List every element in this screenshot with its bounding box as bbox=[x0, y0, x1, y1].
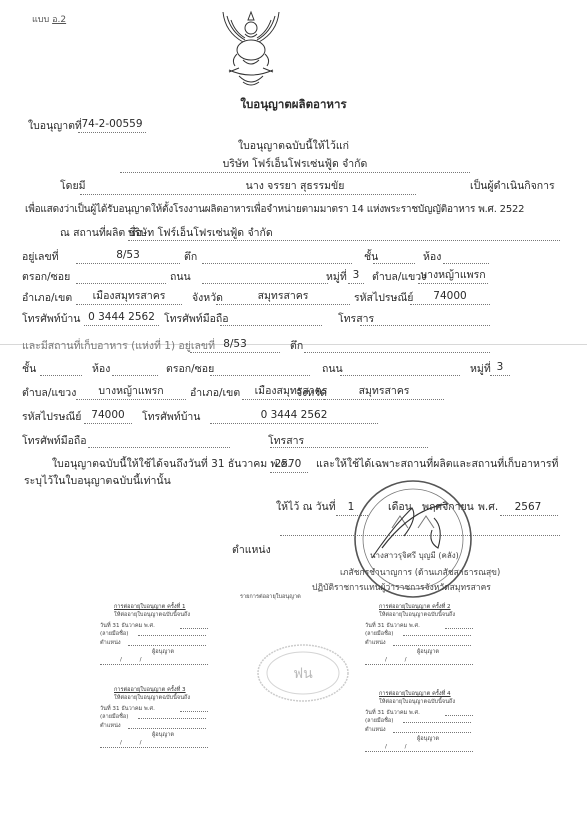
renewal-authority-label: ผู้อนุญาต bbox=[417, 735, 439, 743]
signer-name: นางสาวรุจิศรี บุญมี (คลัง) bbox=[370, 549, 459, 562]
stor-mobile-label: โทรศัพท์มือถือ bbox=[22, 435, 87, 448]
prod-mobile-label: โทรศัพท์มือถือ bbox=[164, 313, 229, 326]
renewal-title: การต่ออายุใบอนุญาต ครั้งที่ 3 bbox=[114, 686, 186, 694]
renewal-date-slashes: / / bbox=[120, 739, 142, 747]
renewal-position-line bbox=[128, 645, 206, 646]
stor-road-line bbox=[340, 375, 460, 376]
operator-name: นาง จรรยา สุธรรมขัย bbox=[80, 180, 510, 193]
prod-province-value: สมุทรสาคร bbox=[216, 290, 350, 303]
site-name: บริษัท โฟร์เอ็นโฟรเซ่นฟู้ด จำกัด bbox=[128, 227, 273, 240]
license-number-line bbox=[78, 132, 146, 133]
prod-subdistrict-line bbox=[418, 283, 488, 284]
renewal-date-line bbox=[180, 711, 208, 712]
stor-subdistrict-line bbox=[76, 399, 186, 400]
stor-floor-label: ชั้น bbox=[22, 363, 36, 376]
prod-postcode-label: รหัสไปรษณีย์ bbox=[354, 292, 413, 305]
garuda-emblem-icon bbox=[213, 6, 289, 90]
stor-home-phone-line bbox=[210, 423, 378, 424]
renewal-date-label: วันที่ 31 ธันวาคม พ.ศ. bbox=[365, 622, 420, 630]
issue-year: 2567 bbox=[500, 501, 556, 514]
prod-alley-line bbox=[76, 283, 166, 284]
stor-postcode-line bbox=[84, 423, 132, 424]
renewal-date-line bbox=[445, 715, 473, 716]
stor-province-label: จังหวัด bbox=[296, 387, 327, 400]
renewal-authority-label: ผู้อนุญาต bbox=[417, 648, 439, 656]
validity-text-line2: ระบุไว้ในใบอนุญาตฉบับนี้เท่านั้น bbox=[24, 475, 171, 488]
stor-district-label: อำเภอ/เขต bbox=[190, 387, 240, 400]
company-name: บริษัท โฟร์เอ็นโฟรเซ่นฟู้ด จำกัด bbox=[80, 158, 510, 171]
stor-mobile-line bbox=[88, 447, 230, 448]
form-code-value: อ.2 bbox=[52, 15, 66, 25]
renewal-title: การต่ออายุใบอนุญาต ครั้งที่ 2 bbox=[379, 603, 451, 611]
renewal-sign-line bbox=[403, 635, 471, 636]
validity-text-before: ใบอนุญาตฉบับนี้ให้ใช้ได้จนถึงวันที่ 31 ธ… bbox=[52, 458, 291, 471]
renewal-date-label: วันที่ 31 ธันวาคม พ.ศ. bbox=[100, 705, 155, 713]
stor-room-label: ห้อง bbox=[92, 363, 110, 376]
renewal-position-line bbox=[393, 645, 471, 646]
renewal-date-slashes: / / bbox=[120, 656, 142, 664]
renewal-date-label: วันที่ 31 ธันวาคม พ.ศ. bbox=[365, 709, 420, 717]
stor-moo-value: 3 bbox=[490, 361, 510, 374]
stor-alley-label: ตรอก/ซอย bbox=[166, 363, 214, 376]
prod-fax-line bbox=[360, 325, 490, 326]
prod-district-value: เมืองสมุทรสาคร bbox=[76, 290, 182, 303]
renewals-section-label: รายการต่ออายุใบอนุญาต bbox=[240, 593, 301, 601]
renewal-position-label: ตำแหน่ง bbox=[365, 639, 386, 647]
prod-building-line bbox=[202, 263, 352, 264]
renewal-subtitle: ให้ต่ออายุใบอนุญาตฉบับนี้จนถึง bbox=[379, 611, 455, 619]
stor-alley-line bbox=[210, 375, 310, 376]
prod-road-line bbox=[202, 283, 328, 284]
stor-home-phone-value: 0 3444 2562 bbox=[210, 409, 378, 422]
prod-house-no-line bbox=[76, 263, 180, 264]
stor-house-no-line bbox=[190, 352, 280, 353]
stor-building-label: ตึก bbox=[290, 340, 303, 353]
renewal-date-slashes: / / bbox=[385, 656, 407, 664]
stor-room-line bbox=[112, 375, 158, 376]
purpose-text: เพื่อแสดงว่าเป็นผู้ได้รับอนุญาตให้ตั้งโร… bbox=[25, 203, 524, 216]
renewal-sign-label: (ลายมือชื่อ) bbox=[365, 717, 393, 725]
position-label: ตำแหน่ง bbox=[232, 544, 271, 557]
prod-district-line bbox=[76, 304, 182, 305]
operator-line bbox=[80, 194, 416, 195]
prod-house-no-value: 8/53 bbox=[76, 249, 180, 262]
renewal-date-slashes: / / bbox=[385, 743, 407, 751]
ink-stamp-icon: ฟน bbox=[255, 642, 351, 704]
prod-alley-label: ตรอก/ซอย bbox=[22, 271, 70, 284]
stor-floor-line bbox=[40, 375, 82, 376]
prod-moo-value: 3 bbox=[348, 269, 364, 282]
prod-building-label: ตึก bbox=[184, 251, 197, 264]
stor-postcode-label: รหัสไปรษณีย์ bbox=[22, 411, 81, 424]
renewal-authority-label: ผู้อนุญาต bbox=[152, 648, 174, 656]
prod-district-label: อำเภอ/เขต bbox=[22, 292, 72, 305]
prod-home-phone-value: 0 3444 2562 bbox=[84, 311, 159, 324]
issue-given-label: ให้ไว้ ณ วันที่ bbox=[276, 501, 336, 514]
renewal-sign-label: (ลายมือชื่อ) bbox=[100, 630, 128, 638]
prod-postcode-value: 74000 bbox=[410, 290, 490, 303]
renewal-position-line bbox=[393, 732, 471, 733]
expiry-line bbox=[270, 472, 308, 473]
prod-moo-label: หมู่ที่ bbox=[326, 271, 347, 284]
signature-line bbox=[280, 535, 560, 536]
stor-home-phone-label: โทรศัพท์บ้าน bbox=[142, 411, 200, 424]
form-code: แบบ อ.2 bbox=[32, 12, 66, 26]
renewal-title: การต่ออายุใบอนุญาต ครั้งที่ 1 bbox=[114, 603, 186, 611]
prod-mobile-line bbox=[220, 325, 322, 326]
stor-building-line bbox=[304, 352, 490, 353]
renewal-sign-line bbox=[138, 635, 206, 636]
renewal-bottom-line bbox=[365, 664, 473, 665]
stor-subdistrict-label: ตำบล/แขวง bbox=[22, 387, 76, 400]
renewal-position-label: ตำแหน่ง bbox=[100, 722, 121, 730]
stor-province-value: สมุทรสาคร bbox=[324, 385, 444, 398]
renewal-bottom-line bbox=[100, 747, 208, 748]
operator-suffix: เป็นผู้ดำเนินกิจการ bbox=[470, 180, 555, 193]
prod-province-line bbox=[216, 304, 350, 305]
prod-home-phone-label: โทรศัพท์บ้าน bbox=[22, 313, 80, 326]
issue-year-line bbox=[500, 515, 558, 516]
renewal-sign-line bbox=[403, 722, 471, 723]
renewal-subtitle: ให้ต่ออายุใบอนุญาตฉบับนี้จนถึง bbox=[114, 611, 190, 619]
renewal-sign-label: (ลายมือชื่อ) bbox=[365, 630, 393, 638]
renewal-bottom-line bbox=[100, 664, 208, 665]
stor-moo-label: หมู่ที่ bbox=[470, 363, 491, 376]
company-line bbox=[120, 172, 470, 173]
issued-to-label: ใบอนุญาตฉบับนี้ให้ไว้แก่ bbox=[0, 140, 587, 153]
prod-moo-line bbox=[348, 283, 364, 284]
document-title: ใบอนุญาตผลิตอาหาร bbox=[0, 96, 587, 114]
stor-intro-label: และมีสถานที่เก็บอาหาร (แห่งที่ 1) อยู่เล… bbox=[22, 340, 215, 353]
renewal-date-line bbox=[445, 628, 473, 629]
stor-postcode-value: 74000 bbox=[84, 409, 132, 422]
stor-fax-line bbox=[270, 447, 428, 448]
renewal-authority-label: ผู้อนุญาต bbox=[152, 731, 174, 739]
license-number-label: ใบอนุญาตที่ bbox=[28, 120, 82, 133]
signer-title: เภสัชกรชำนาญการ (ด้านเภสัชสาธารณสุข) bbox=[340, 565, 500, 579]
prod-home-phone-line bbox=[84, 325, 159, 326]
prod-floor-line bbox=[373, 263, 415, 264]
prod-postcode-line bbox=[410, 304, 490, 305]
stor-subdistrict-value: บางหญ้าแพรก bbox=[76, 385, 186, 398]
prod-room-label: ห้อง bbox=[423, 251, 441, 264]
stor-province-line bbox=[324, 399, 444, 400]
form-code-prefix: แบบ bbox=[32, 15, 49, 25]
validity-text-after: และให้ใช้ได้เฉพาะสถานที่ผลิตและสถานที่เก… bbox=[316, 458, 558, 471]
renewal-title: การต่ออายุใบอนุญาต ครั้งที่ 4 bbox=[379, 690, 451, 698]
stor-house-no: 8/53 bbox=[190, 338, 280, 351]
renewal-sign-line bbox=[138, 718, 206, 719]
renewal-sign-label: (ลายมือชื่อ) bbox=[100, 713, 128, 721]
prod-road-label: ถนน bbox=[170, 271, 191, 284]
renewal-date-label: วันที่ 31 ธันวาคม พ.ศ. bbox=[100, 622, 155, 630]
renewal-position-line bbox=[128, 728, 206, 729]
issue-year-label: พ.ศ. bbox=[478, 501, 498, 514]
renewal-position-label: ตำแหน่ง bbox=[100, 639, 121, 647]
stor-moo-line bbox=[490, 375, 510, 376]
prod-room-line bbox=[443, 263, 489, 264]
ink-stamp-text: ฟน bbox=[293, 666, 313, 682]
renewal-date-line bbox=[180, 628, 208, 629]
license-number: 74-2-00559 bbox=[78, 118, 146, 131]
prod-subdistrict-value: บางหญ้าแพรก bbox=[418, 269, 488, 282]
renewal-subtitle: ให้ต่ออายุใบอนุญาตฉบับนี้จนถึง bbox=[114, 694, 190, 702]
renewal-position-label: ตำแหน่ง bbox=[365, 726, 386, 734]
prod-house-no-label: อยู่เลขที่ bbox=[22, 251, 59, 264]
acting-title: ปฏิบัติราชการแทนผู้ว่าราชการจังหวัดสมุทร… bbox=[312, 580, 491, 594]
site-line bbox=[128, 240, 560, 241]
expiry-year: 2570 bbox=[270, 458, 306, 471]
renewal-bottom-line bbox=[365, 751, 473, 752]
renewal-subtitle: ให้ต่ออายุใบอนุญาตฉบับนี้จนถึง bbox=[379, 698, 455, 706]
